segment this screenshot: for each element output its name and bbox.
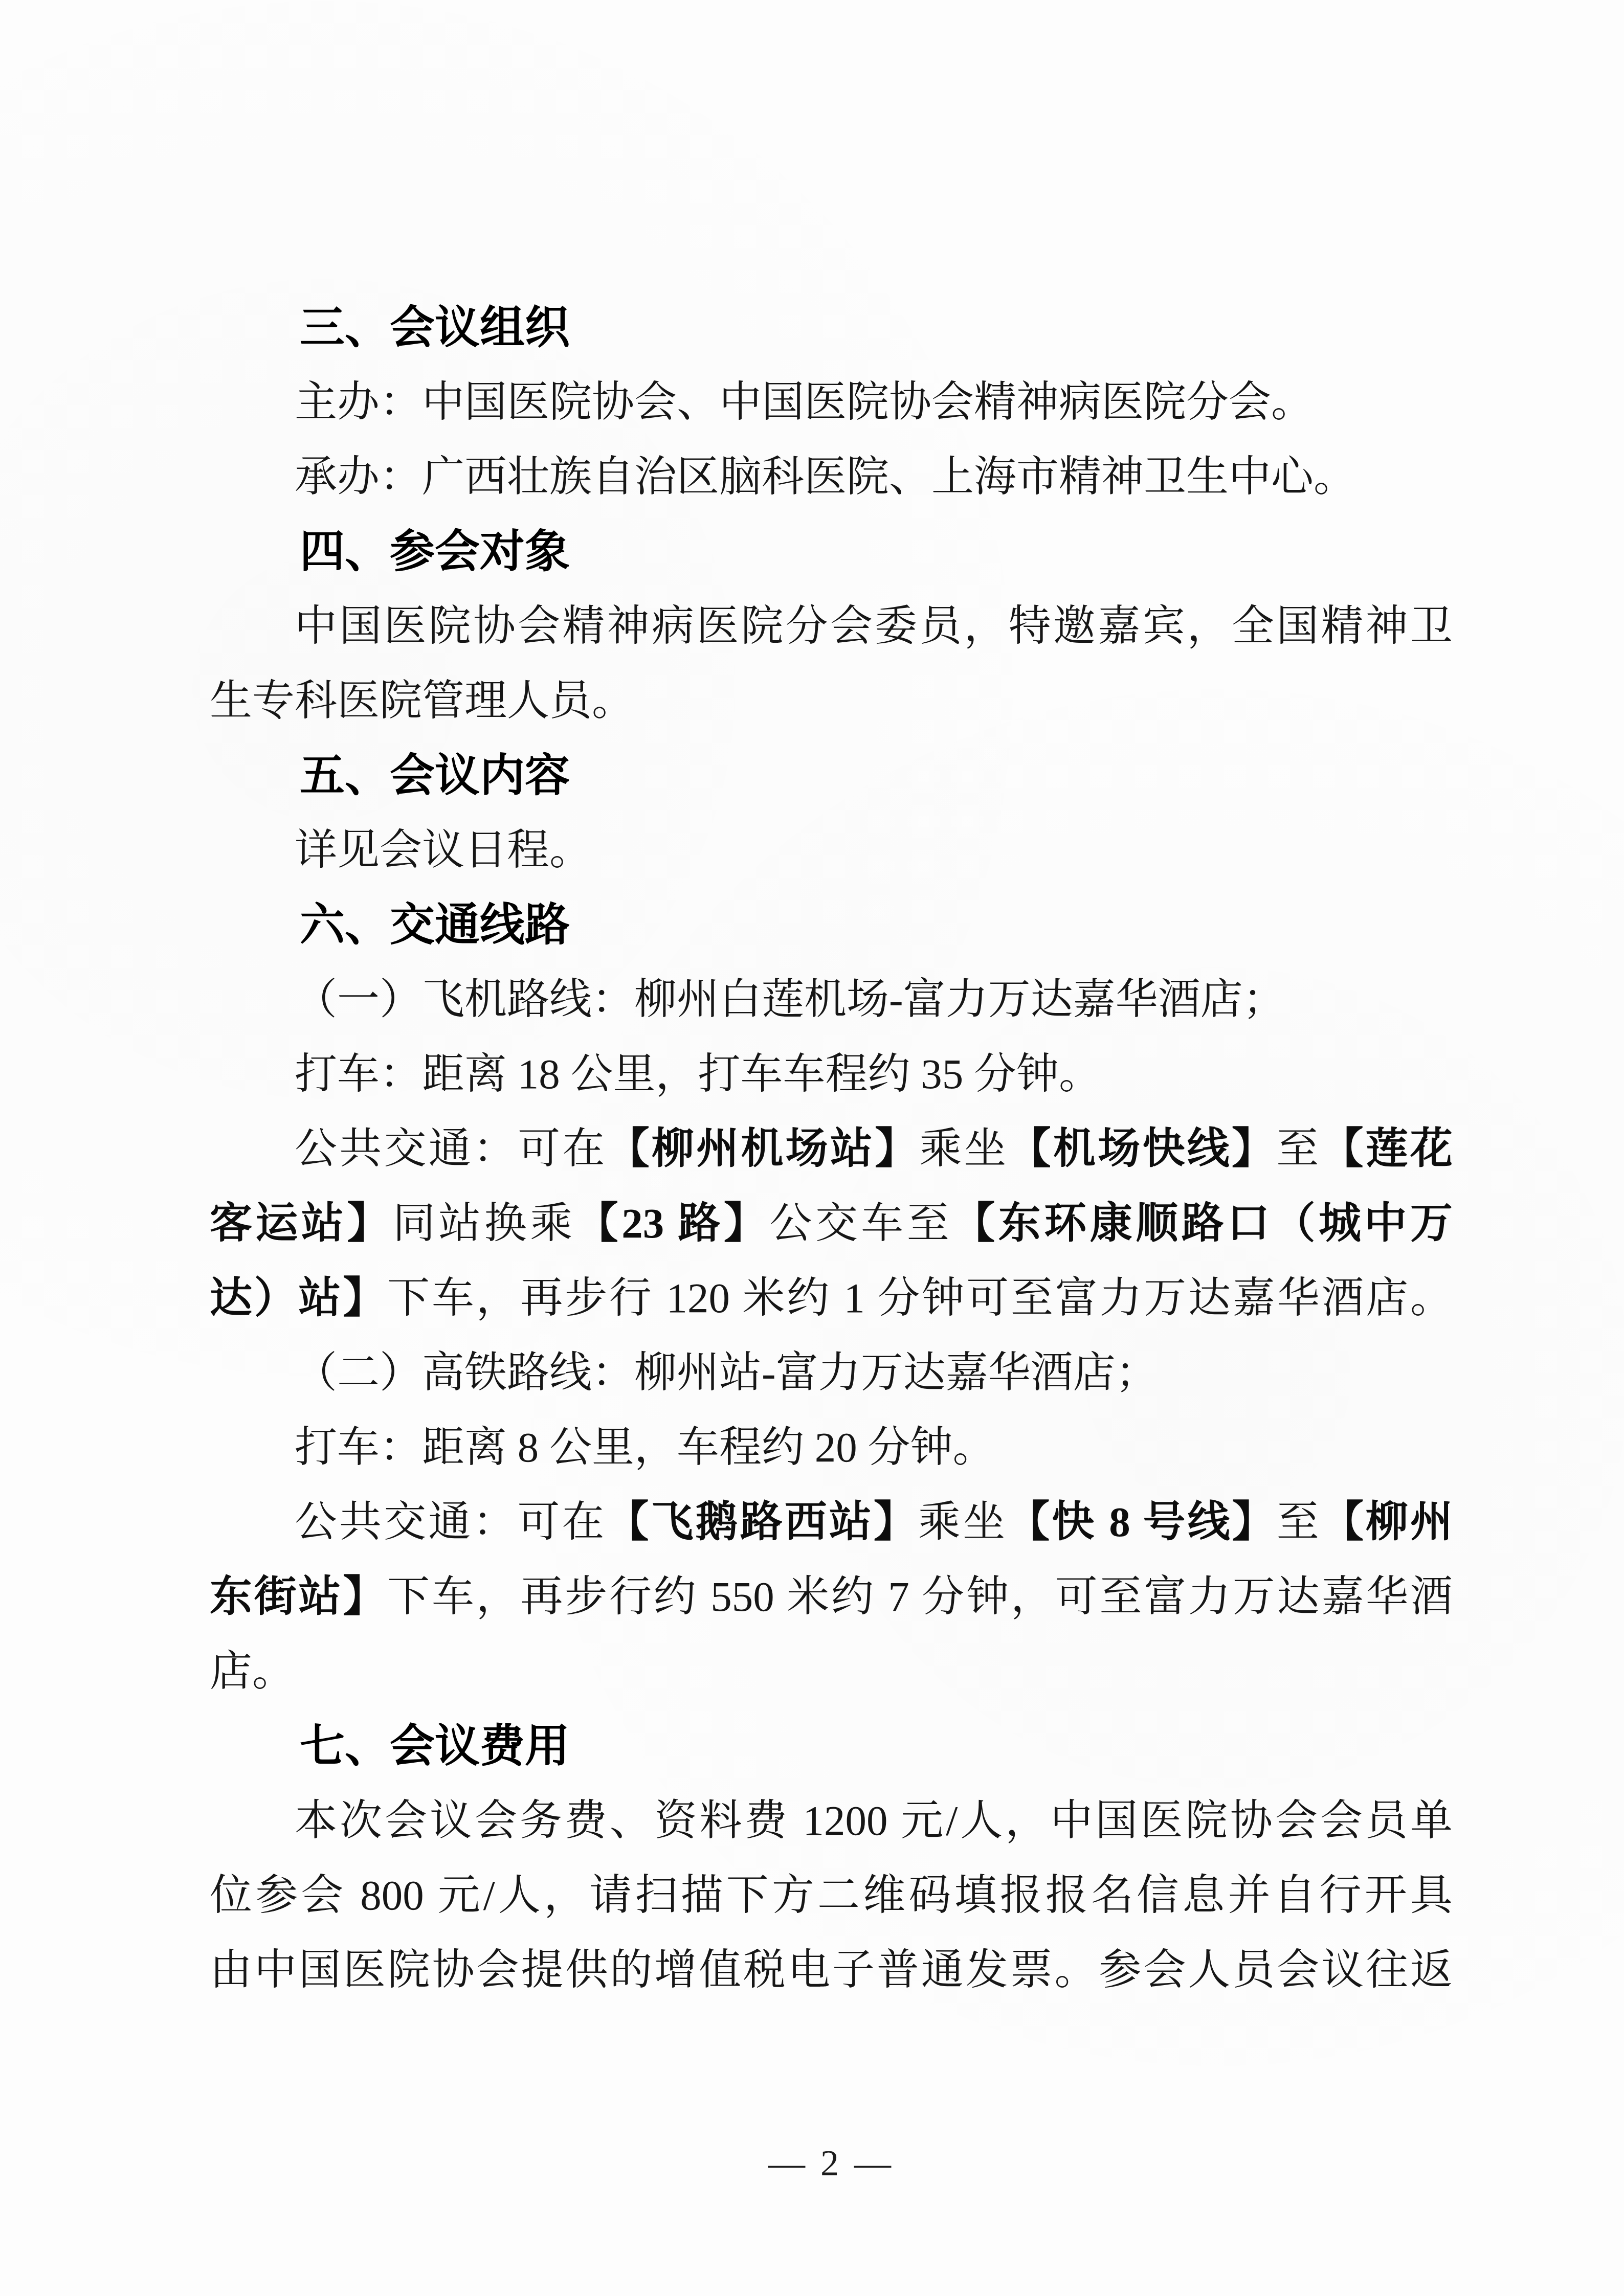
text-segment: 主办：中国医院协会、中国医院协会精神病医院分会。 [295,378,1314,425]
text-line: 本次会议会务费、资料费 1200 元/人，中国医院协会会员单 [210,1783,1453,1858]
section-heading: 四、参会对象 [210,514,1453,589]
document-lines: 三、会议组织主办：中国医院协会、中国医院协会精神病医院分会。承办：广西壮族自治区… [210,290,1453,2007]
emphasis-segment: 【柳州 [1321,1498,1453,1545]
section-heading: 七、会议费用 [210,1708,1453,1783]
text-line: （二）高铁路线：柳州站-富力万达嘉华酒店； [210,1335,1453,1410]
emphasis-segment: 客运站】 [210,1200,393,1247]
emphasis-segment: 【23 路】 [576,1200,770,1247]
text-line: 由中国医院协会提供的增值税电子普通发票。参会人员会议往返 [210,1932,1453,2007]
text-segment: 同站换乘 [393,1200,576,1247]
text-line: 公共交通：可在【柳州机场站】乘坐【机场快线】至【莲花 [210,1111,1453,1186]
text-line: （一）飞机路线：柳州白莲机场-富力万达嘉华酒店； [210,962,1453,1037]
emphasis-segment: 达）站】 [210,1274,387,1321]
emphasis-segment: 东街站】 [210,1573,387,1620]
text-segment: 下车，再步行约 550 米约 7 分钟，可至富力万达嘉华酒 [387,1573,1453,1620]
text-line: 打车：距离 8 公里，车程约 20 分钟。 [210,1410,1453,1484]
text-segment: 中国医院协会精神病医院分会委员，特邀嘉宾，全国精神卫 [295,602,1453,649]
text-segment: 下车，再步行 120 米约 1 分钟可至富力万达嘉华酒店。 [387,1274,1453,1321]
emphasis-segment: 【东环康顺路口（城中万 [952,1200,1453,1247]
text-line: 客运站】同站换乘【23 路】公交车至【东环康顺路口（城中万 [210,1186,1453,1260]
text-line: 承办：广西壮族自治区脑科医院、上海市精神卫生中心。 [210,439,1453,514]
text-segment: 打车：距离 18 公里，打车车程约 35 分钟。 [295,1050,1101,1097]
text-line: 店。 [210,1634,1453,1708]
document-page: 三、会议组织主办：中国医院协会、中国医院协会精神病医院分会。承办：广西壮族自治区… [0,0,1624,2296]
text-segment: 公共交通：可在 [295,1498,607,1545]
text-segment: 位参会 800 元/人，请扫描下方二维码填报报名信息并自行开具 [210,1872,1453,1919]
text-segment: 至 [1276,1125,1321,1172]
text-segment: 公共交通：可在 [295,1125,607,1172]
text-segment: 乘坐 [918,1498,1007,1545]
section-heading: 六、交通线路 [210,887,1453,962]
text-line: 打车：距离 18 公里，打车车程约 35 分钟。 [210,1037,1453,1111]
text-segment: 四、参会对象 [300,526,570,576]
text-line: 达）站】下车，再步行 120 米约 1 分钟可至富力万达嘉华酒店。 [210,1260,1453,1335]
document-content: 三、会议组织主办：中国医院协会、中国医院协会精神病医院分会。承办：广西壮族自治区… [210,0,1453,2191]
text-segment: 由中国医院协会提供的增值税电子普通发票。参会人员会议往返 [210,1946,1453,1993]
text-segment: 六、交通线路 [300,899,570,950]
section-heading: 五、会议内容 [210,738,1453,813]
emphasis-segment: 【快 8 号线】 [1007,1498,1277,1545]
text-segment: 至 [1277,1498,1321,1545]
text-segment: （二）高铁路线：柳州站-富力万达嘉华酒店； [295,1349,1158,1396]
text-line: 详见会议日程。 [210,813,1453,887]
section-heading: 三、会议组织 [210,290,1453,365]
text-segment: 生专科医院管理人员。 [210,677,634,724]
page-number: — 2 — [210,2135,1453,2191]
text-line: 公共交通：可在【飞鹅路西站】乘坐【快 8 号线】至【柳州 [210,1484,1453,1559]
text-segment: 承办：广西壮族自治区脑科医院、上海市精神卫生中心。 [295,453,1356,500]
text-segment: 乘坐 [919,1125,1008,1172]
emphasis-segment: 【柳州机场站】 [607,1125,920,1172]
emphasis-segment: 【机场快线】 [1009,1125,1276,1172]
text-line: 位参会 800 元/人，请扫描下方二维码填报报名信息并自行开具 [210,1858,1453,1932]
text-line: 生专科医院管理人员。 [210,663,1453,738]
text-segment: 店。 [210,1648,295,1695]
text-segment: 七、会议费用 [300,1720,570,1771]
text-segment: （一）飞机路线：柳州白莲机场-富力万达嘉华酒店； [295,976,1285,1023]
text-line: 主办：中国医院协会、中国医院协会精神病医院分会。 [210,365,1453,439]
text-segment: 公交车至 [769,1200,952,1247]
text-line: 中国医院协会精神病医院分会委员，特邀嘉宾，全国精神卫 [210,589,1453,663]
text-line: 东街站】下车，再步行约 550 米约 7 分钟，可至富力万达嘉华酒 [210,1559,1453,1634]
text-segment: 打车：距离 8 公里，车程约 20 分钟。 [295,1424,995,1471]
text-segment: 详见会议日程。 [295,826,592,873]
text-segment: 三、会议组织 [300,302,570,352]
text-segment: 本次会议会务费、资料费 1200 元/人，中国医院协会会员单 [295,1797,1453,1844]
text-segment: 五、会议内容 [300,750,570,800]
emphasis-segment: 【飞鹅路西站】 [607,1498,919,1545]
emphasis-segment: 【莲花 [1321,1125,1453,1172]
